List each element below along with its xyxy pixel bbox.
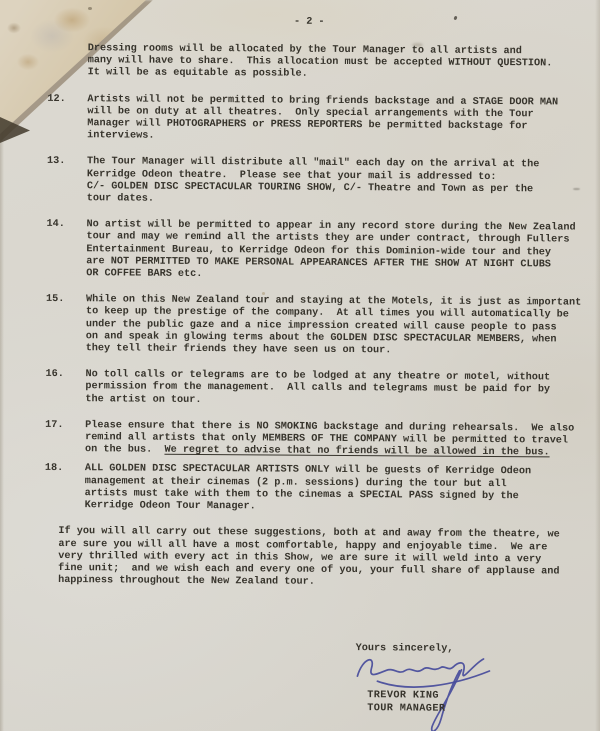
paragraph-text: Artists will not be permitted to bring f… bbox=[87, 94, 575, 146]
item-13: 13.The Tour Manager will distribute all … bbox=[47, 156, 575, 208]
scanned-letter-page: - 2 - Dressing rooms will be allocated b… bbox=[0, 0, 600, 731]
item-14: 14.No artist will be permitted to appear… bbox=[46, 219, 574, 284]
item-15: 15.While on this New Zealand tour and st… bbox=[46, 294, 574, 359]
paragraph-text: Please ensure that there is NO SMOKING b… bbox=[85, 420, 574, 460]
paragraph-text: ALL GOLDEN DISC SPECTACULAR ARTISTS ONLY… bbox=[85, 464, 573, 516]
paragraph-text: If you will all carry out these suggesti… bbox=[58, 526, 572, 591]
intro-paragraph: Dressing rooms will be allocated by the … bbox=[48, 43, 576, 83]
item-number: 18. bbox=[45, 463, 85, 512]
item-number: 16. bbox=[45, 369, 85, 406]
signatory-title: TOUR MANAGER bbox=[367, 703, 445, 715]
item-12: 12.Artists will not be permitted to brin… bbox=[47, 94, 575, 146]
item-16: 16.No toll calls or telegrams are to be … bbox=[45, 369, 573, 409]
paragraph-text: Dressing rooms will be allocated by the … bbox=[88, 43, 576, 83]
closing-paragraph: If you will all carry out these suggesti… bbox=[44, 526, 572, 591]
item-number: 12. bbox=[47, 94, 87, 143]
item-number: 13. bbox=[47, 156, 87, 205]
item-number: 15. bbox=[46, 294, 86, 355]
item-number bbox=[48, 43, 88, 80]
item-number: 14. bbox=[46, 219, 86, 280]
letter-body: Dressing rooms will be allocated by the … bbox=[44, 43, 576, 605]
paragraph-text: No artist will be permitted to appear in… bbox=[86, 219, 576, 283]
item-18: 18.ALL GOLDEN DISC SPECTACULAR ARTISTS O… bbox=[45, 463, 573, 515]
item-17: 17.Please ensure that there is NO SMOKIN… bbox=[45, 420, 573, 460]
paragraph-text: No toll calls or telegrams are to be lod… bbox=[85, 369, 573, 409]
page-content: - 2 - Dressing rooms will be allocated b… bbox=[0, 0, 600, 731]
page-number: - 2 - bbox=[294, 17, 325, 28]
signature-block: Yours sincerely, TREVOR KING TOUR MANAGE… bbox=[356, 643, 454, 655]
paragraph-text: While on this New Zealand tour and stayi… bbox=[86, 294, 582, 358]
item-number: 17. bbox=[45, 420, 85, 457]
signatory-name: TREVOR KING bbox=[367, 690, 439, 702]
paragraph-text: The Tour Manager will distribute all "ma… bbox=[87, 157, 575, 209]
